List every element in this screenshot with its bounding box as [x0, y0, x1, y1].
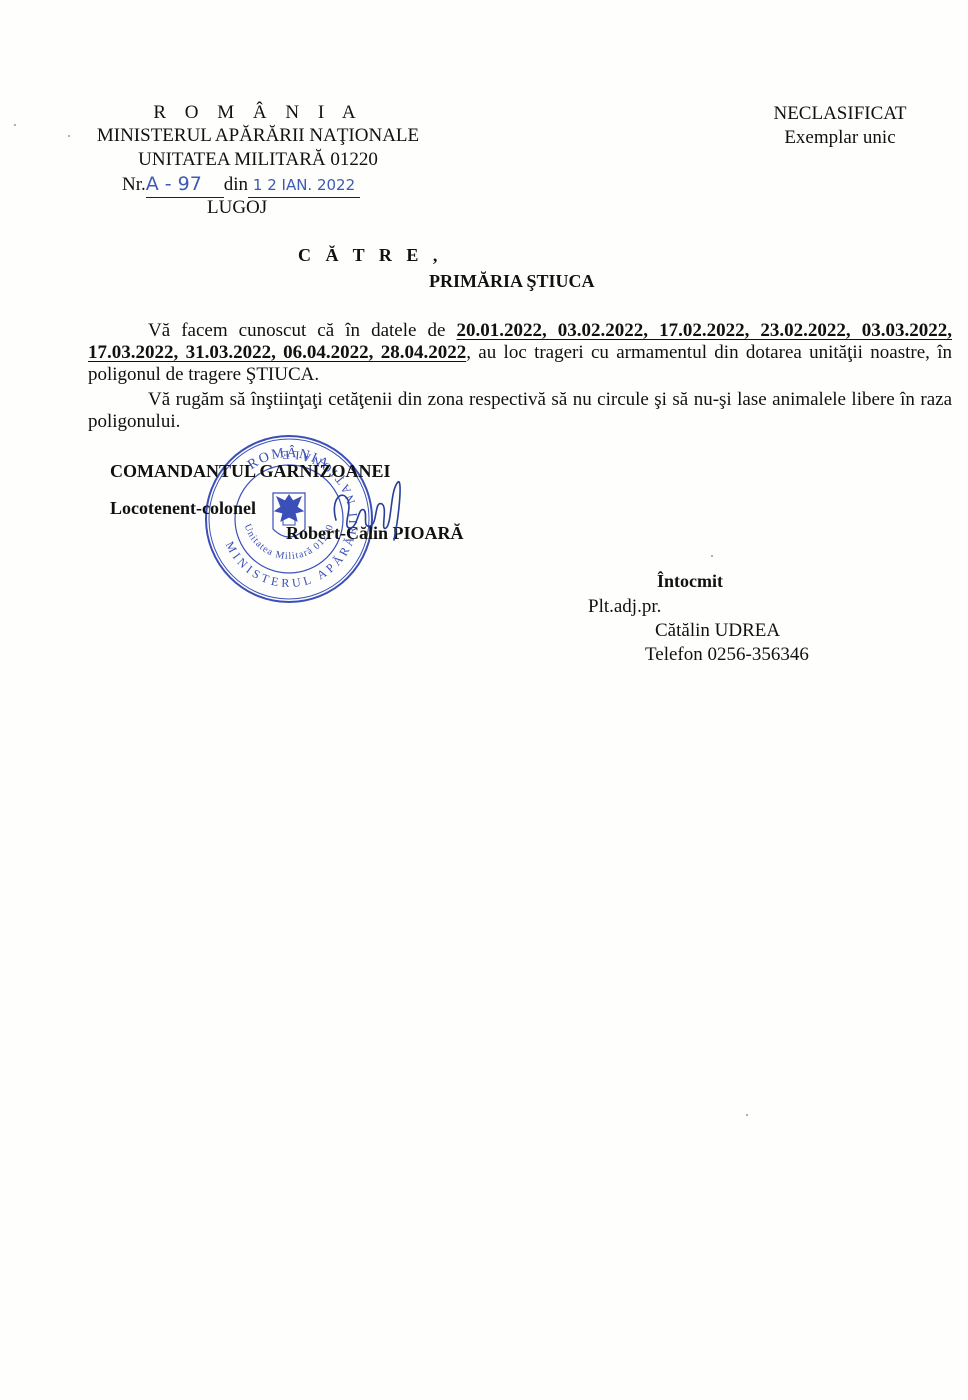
signature-rank: Locotenent-colonel	[110, 498, 256, 519]
letterhead: R O M Â N I A MINISTERUL APĂRĂRII NAŢION…	[88, 102, 428, 172]
recipient: PRIMĂRIA ŞTIUCA	[429, 271, 595, 292]
prepared-by-name: Cătălin UDREA	[655, 620, 780, 642]
nr-label: Nr.	[122, 174, 146, 195]
classification-block: NECLASIFICAT Exemplar unic	[752, 102, 928, 150]
paper-speck	[746, 1114, 748, 1116]
paper-speck	[14, 124, 16, 126]
prepared-by-rank: Plt.adj.pr.	[588, 596, 661, 618]
ministry-name: MINISTERUL APĂRĂRII NAŢIONALE	[88, 124, 428, 148]
city-name: LUGOJ	[207, 196, 267, 220]
nr-field: A - 97	[146, 172, 224, 198]
date-value: 1 2 IAN. 2022	[253, 176, 355, 194]
paragraph-intro: Vă facem cunoscut că în datele de	[148, 320, 456, 341]
paper-speck	[68, 135, 70, 137]
copy-label: Exemplar unic	[752, 126, 928, 150]
prepared-by-phone: Telefon 0256-356346	[645, 644, 809, 666]
classification-label: NECLASIFICAT	[752, 102, 928, 126]
registration-line: Nr.A - 97din1 2 IAN. 2022	[122, 172, 360, 198]
paragraph-request: Vă rugăm să înştiinţaţi cetăţenii din zo…	[88, 389, 952, 433]
country-name: R O M Â N I A	[88, 102, 428, 124]
date-field: 1 2 IAN. 2022	[248, 173, 360, 198]
unit-name: UNITATEA MILITARĂ 01220	[88, 148, 428, 172]
nr-value: A - 97	[146, 173, 202, 195]
to-label: C Ă T R E ,	[298, 245, 442, 266]
prepared-by-label: Întocmit	[657, 571, 723, 592]
din-label: din	[224, 174, 248, 195]
paragraph-dates: Vă facem cunoscut că în datele de 20.01.…	[88, 320, 952, 386]
paper-speck	[711, 555, 713, 557]
handwritten-signature	[328, 470, 408, 550]
